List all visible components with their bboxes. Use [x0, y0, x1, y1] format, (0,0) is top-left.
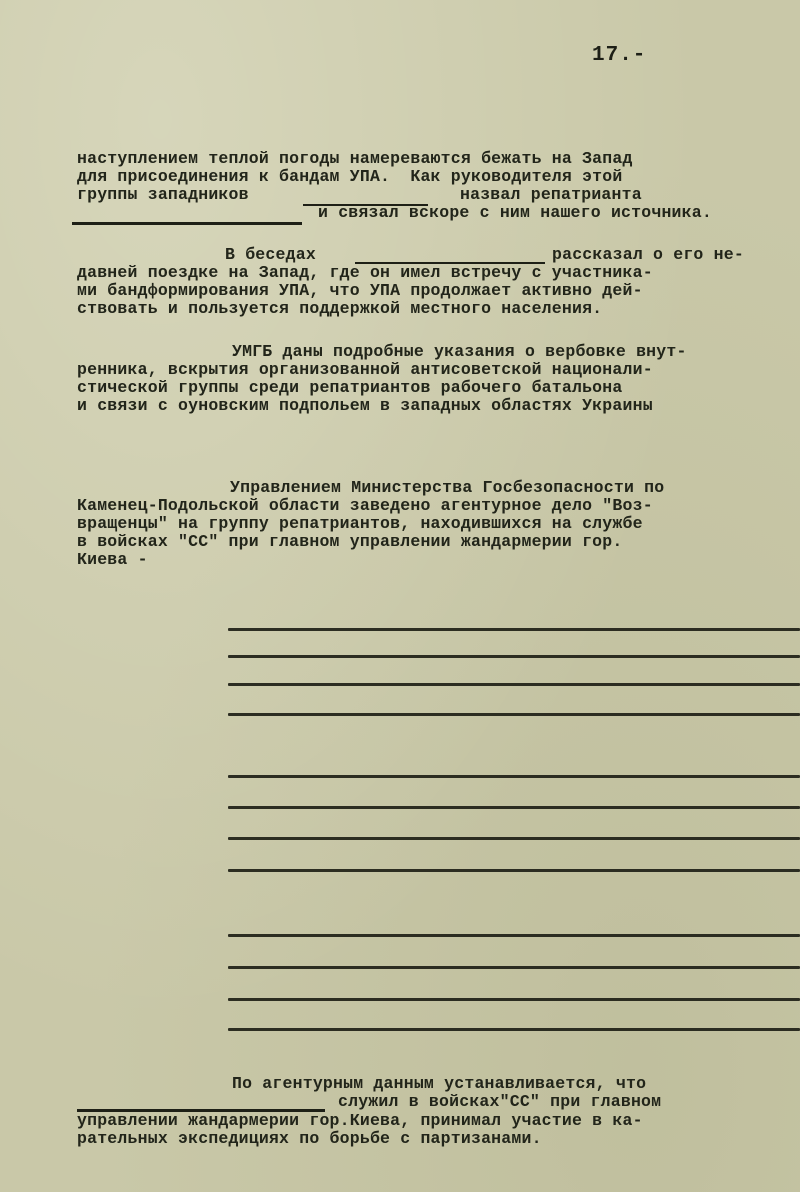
redaction-line: [228, 683, 800, 686]
text-line: и связал вскоре с ним нашего источника.: [318, 204, 712, 221]
redaction-line: [228, 1028, 800, 1031]
page-number: 17.-: [592, 44, 646, 67]
text-line: в войсках "СС" при главном управлении жа…: [77, 533, 623, 550]
text-line: рательных экспедициях по борьбе с партиз…: [77, 1130, 542, 1147]
redaction-line: [228, 713, 800, 716]
redaction-line: [228, 775, 800, 778]
text-line: Каменец-Подольской области заведено аген…: [77, 497, 653, 514]
text-line: управлении жандармерии гор.Киева, приним…: [77, 1112, 643, 1129]
redaction-line: [72, 222, 302, 225]
redaction-line: [228, 998, 800, 1001]
text-line: В беседах: [225, 246, 316, 263]
text-line: По агентурным данным устанавливается, чт…: [232, 1075, 646, 1092]
redaction-line: [228, 655, 800, 658]
text-line: стической группы среди репатриантов рабо…: [77, 379, 623, 396]
redaction-line: [228, 806, 800, 809]
text-line: давней поездке на Запад, где он имел вст…: [77, 264, 653, 281]
redaction-line: [228, 628, 800, 631]
text-line: ренника, вскрытия организованной антисов…: [77, 361, 653, 378]
text-line: вращенцы" на группу репатриантов, находи…: [77, 515, 643, 532]
redaction-line: [228, 837, 800, 840]
redaction-line: [228, 869, 800, 872]
redaction-line: [228, 934, 800, 937]
text-line: группы западников: [77, 186, 249, 203]
text-line: и связи с оуновским подпольем в западных…: [77, 397, 653, 414]
text-line: служил в войсках"СС" при главном: [338, 1093, 661, 1110]
text-line: наступлением теплой погоды намереваются …: [77, 150, 633, 167]
text-line: Киева -: [77, 551, 148, 568]
text-line: назвал репатрианта: [460, 186, 642, 203]
text-line: ми бандформирования УПА, что УПА продолж…: [77, 282, 643, 299]
text-line: ствовать и пользуется поддержкой местног…: [77, 300, 602, 317]
text-line: Управлением Министерства Госбезопасности…: [230, 479, 664, 496]
text-line: УМГБ даны подробные указания о вербовке …: [232, 343, 687, 360]
redaction-line: [228, 966, 800, 969]
text-line: рассказал о его не-: [552, 246, 744, 263]
text-line: для присоединения к бандам УПА. Как руко…: [77, 168, 623, 185]
